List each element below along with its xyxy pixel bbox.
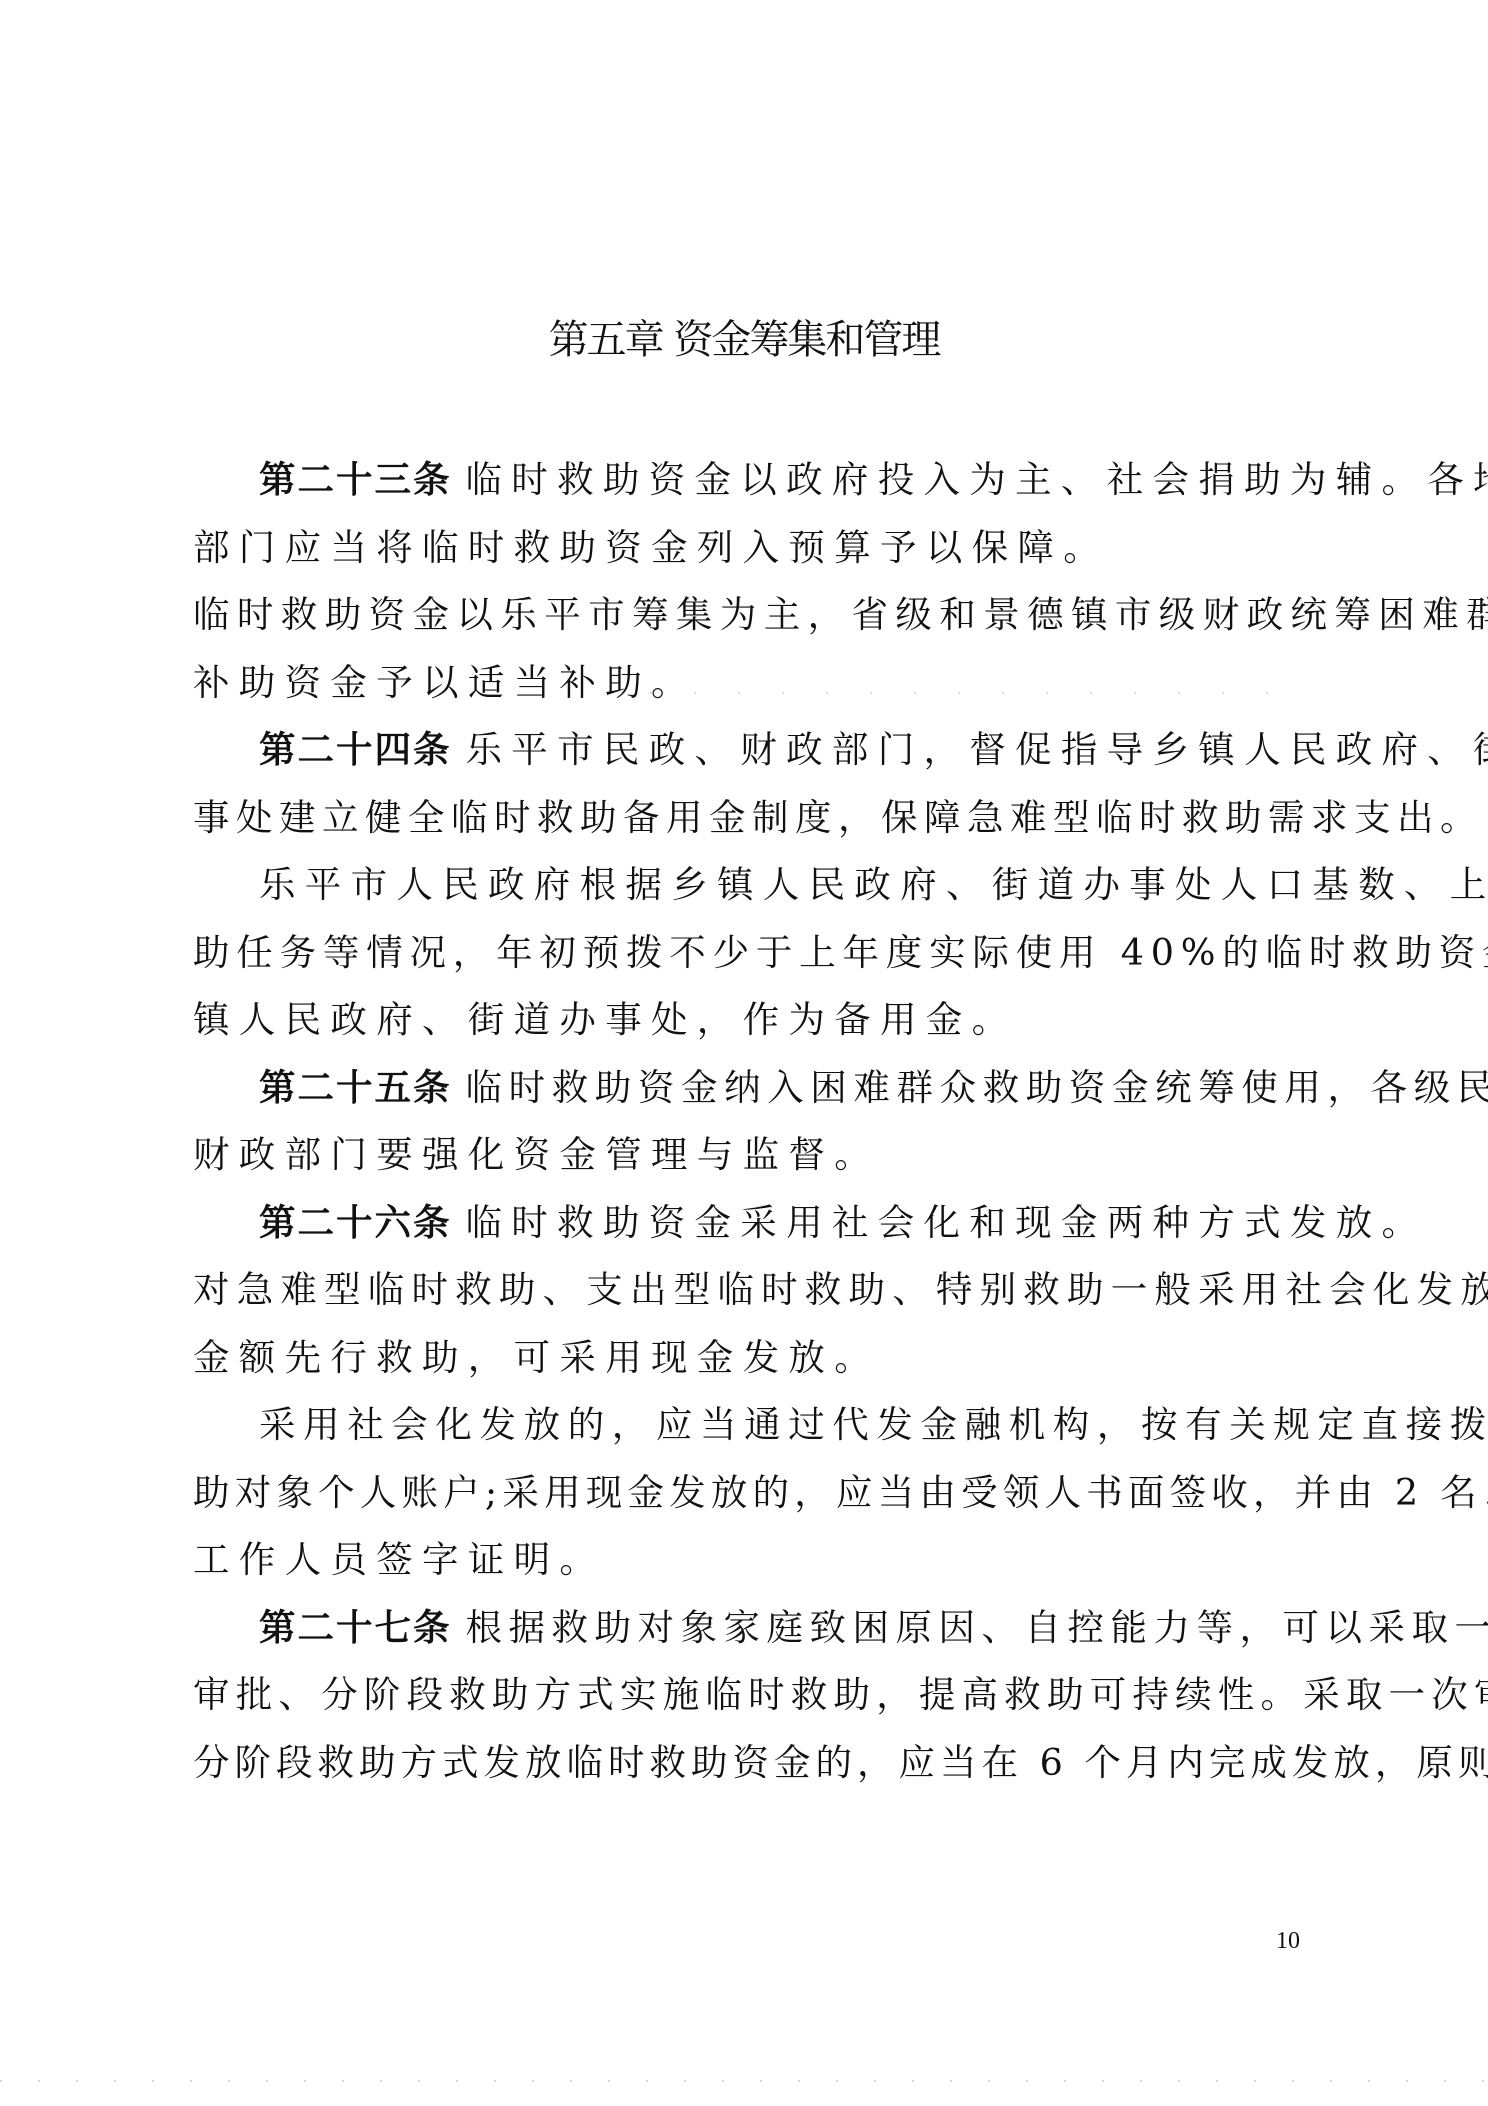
text-line: 金额先行救助，可采用现金发放。 xyxy=(193,1324,1303,1392)
scan-artifact xyxy=(0,2080,1488,2082)
article-number: 第二十六条 xyxy=(259,1201,452,1244)
text-line: 第二十三条临时救助资金以政府投入为主、社会捐助为辅。各地财政 xyxy=(193,446,1303,514)
text-line: 分阶段救助方式发放临时救助资金的，应当在 6 个月内完成发放，原则上不 xyxy=(193,1729,1303,1797)
text-line: 第二十六条临时救助资金采用社会化和现金两种方式发放。 xyxy=(193,1189,1303,1257)
text-line: 补助资金予以适当补助。 xyxy=(193,649,1303,717)
text-line: 第二十五条临时救助资金纳入困难群众救助资金统筹使用，各级民政、 xyxy=(193,1054,1303,1122)
text-line: 对急难型临时救助、支出型临时救助、特别救助一般采用社会化发放；对小 xyxy=(193,1256,1303,1324)
text-line: 财政部门要强化资金管理与监督。 xyxy=(193,1121,1303,1189)
text-line: 事处建立健全临时救助备用金制度，保障急难型临时救助需求支出。 xyxy=(193,784,1303,852)
article-number: 第二十三条 xyxy=(259,458,452,501)
text-line: 乐平市人民政府根据乡镇人民政府、街道办事处人口基数、上年临时救 xyxy=(193,851,1303,919)
document-body: 第二十三条临时救助资金以政府投入为主、社会捐助为辅。各地财政 部门应当将临时救助… xyxy=(193,446,1303,1796)
text-line: 镇人民政府、街道办事处，作为备用金。 xyxy=(193,986,1303,1054)
text-line: 审批、分阶段救助方式实施临时救助，提高救助可持续性。采取一次审批、 xyxy=(193,1661,1303,1729)
article-number: 第二十五条 xyxy=(259,1066,452,1109)
page-number: 10 xyxy=(1276,1928,1300,1955)
text-line: 采用社会化发放的，应当通过代发金融机构，按有关规定直接拨付至救 xyxy=(193,1391,1303,1459)
scan-artifact xyxy=(650,692,1310,694)
article-number: 第二十四条 xyxy=(259,728,452,771)
document-page: 第五章 资金筹集和管理 第二十三条临时救助资金以政府投入为主、社会捐助为辅。各地… xyxy=(0,0,1488,2106)
chapter-title: 第五章 资金筹集和管理 xyxy=(0,312,1488,368)
text-line: 助对象个人账户;采用现金发放的，应当由受领人书面签收，并由 2 名以上 xyxy=(193,1459,1303,1527)
text-line: 临时救助资金以乐平市筹集为主，省级和景德镇市级财政统筹困难群众救助 xyxy=(193,581,1303,649)
text-line: 第二十四条乐平市民政、财政部门，督促指导乡镇人民政府、街道办 xyxy=(193,716,1303,784)
text-line: 部门应当将临时救助资金列入预算予以保障。 xyxy=(193,514,1303,582)
text-line: 工作人员签字证明。 xyxy=(193,1526,1303,1594)
text-line: 助任务等情况，年初预拨不少于上年度实际使用 40%的临时救助资金到各乡 xyxy=(193,919,1303,987)
text-line: 第二十七条根据救助对象家庭致困原因、自控能力等，可以采取一次 xyxy=(193,1594,1303,1662)
article-number: 第二十七条 xyxy=(259,1606,452,1649)
